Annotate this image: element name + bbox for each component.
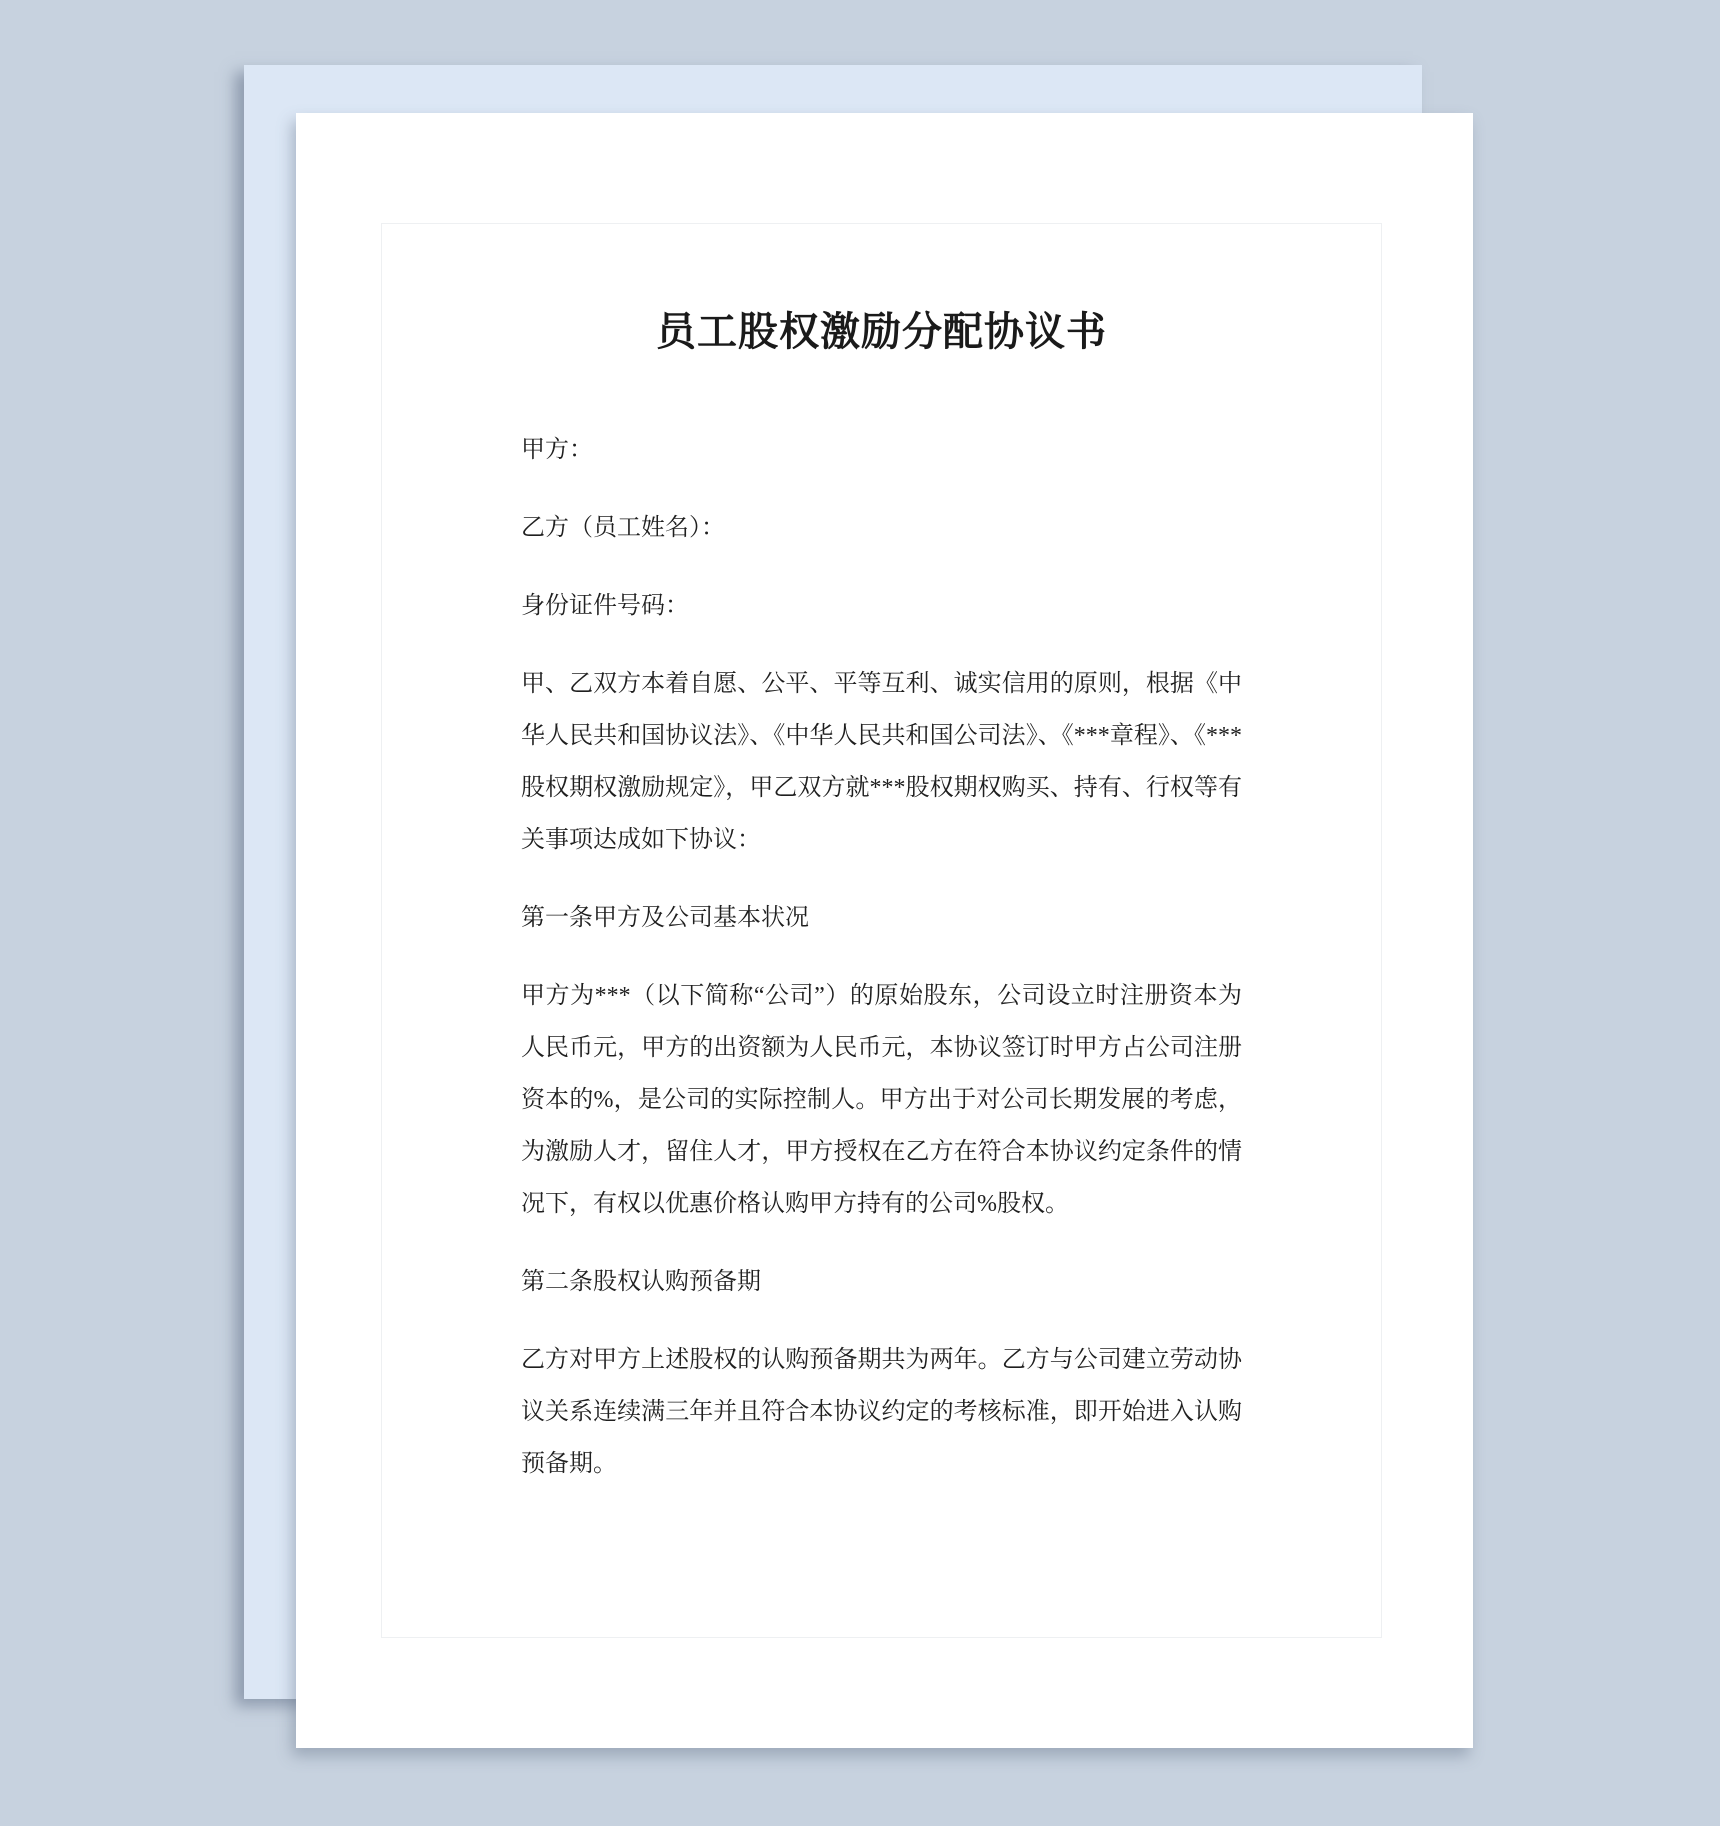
document-title: 员工股权激励分配协议书 [521, 304, 1242, 360]
body-paragraph: 甲、乙双方本着自愿、公平、平等互利、诚实信用的原则，根据《中华人民共和国协议法》… [521, 658, 1242, 866]
body-paragraph: 甲方为***（以下简称“公司”）的原始股东，公司设立时注册资本为人民币元，甲方的… [521, 970, 1242, 1230]
document-preview-canvas: 员工股权激励分配协议书 甲方：乙方（员工姓名）：身份证件号码：甲、乙双方本着自愿… [0, 0, 1720, 1826]
field-line: 甲方： [521, 424, 1242, 476]
document-content-area: 员工股权激励分配协议书 甲方：乙方（员工姓名）：身份证件号码：甲、乙双方本着自愿… [381, 223, 1382, 1638]
field-line: 身份证件号码： [521, 580, 1242, 632]
section-heading: 第一条甲方及公司基本状况 [521, 892, 1242, 944]
document-blocks: 甲方：乙方（员工姓名）：身份证件号码：甲、乙双方本着自愿、公平、平等互利、诚实信… [521, 424, 1242, 1490]
section-heading: 第二条股权认购预备期 [521, 1256, 1242, 1308]
page-front-sheet: 员工股权激励分配协议书 甲方：乙方（员工姓名）：身份证件号码：甲、乙双方本着自愿… [296, 113, 1473, 1748]
field-line: 乙方（员工姓名）： [521, 502, 1242, 554]
body-paragraph: 乙方对甲方上述股权的认购预备期共为两年。乙方与公司建立劳动协议关系连续满三年并且… [521, 1334, 1242, 1490]
